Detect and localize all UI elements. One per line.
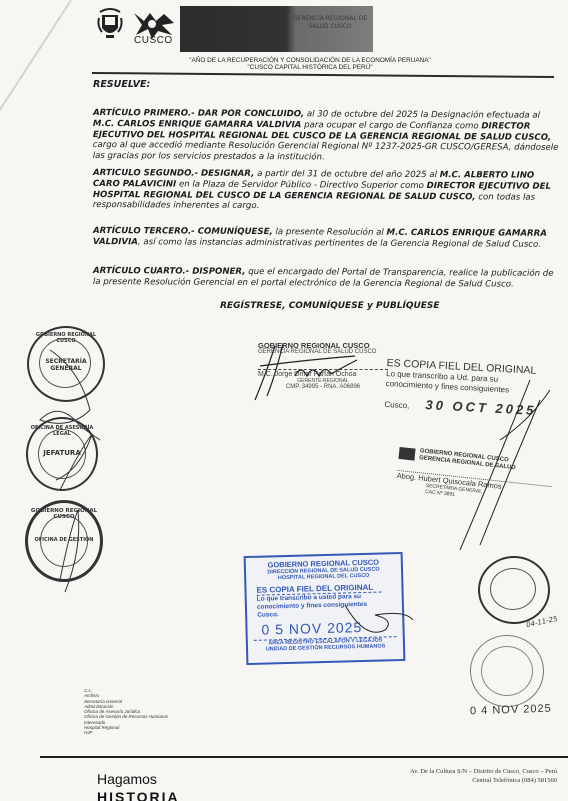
blue-stamp-signature <box>335 600 415 650</box>
initials-scribbles <box>20 330 130 600</box>
article-heading: ARTÍCULO PRIMERO.- DAR POR CONCLUIDO, <box>93 108 304 119</box>
gore-logo-icon <box>398 447 415 461</box>
redacted-header-text: GERENCIA REGIONAL DE SALUD CUSCO <box>290 15 370 31</box>
footer-divider <box>40 756 568 758</box>
article-3: ARTÍCULO TERCERO.- COMUNÍQUESE, la prese… <box>93 226 561 250</box>
article-heading: ARTÍCULO TERCERO.- COMUNÍQUESE, <box>93 226 273 237</box>
paper-crease <box>0 0 72 186</box>
article-heading: ARTICULO SEGUNDO.- DESIGNAR, <box>93 168 254 179</box>
resuelve-heading: RESUELVE: <box>93 79 150 90</box>
footer-address: Av. De la Cultura S/N – Distrito de Cusc… <box>342 767 557 785</box>
slogan-historia: HISTORIA <box>97 789 180 801</box>
article-2: ARTICULO SEGUNDO.- DESIGNAR, a partir de… <box>93 168 561 214</box>
closing-formula: REGÍSTRESE, COMUNÍQUESE y PUBLÍQUESE <box>220 301 440 311</box>
article-heading: ARTÍCULO CUARTO.- DISPONER, <box>93 266 246 277</box>
seal-hospital-control <box>470 635 544 707</box>
seal-hospital-regional <box>478 556 550 624</box>
motto-line-1: "AÑO DE LA RECUPERACIÓN Y CONSOLIDACIÓN … <box>100 57 520 64</box>
gerente-signature <box>245 336 395 406</box>
escudo-logo-icon <box>97 6 123 40</box>
received-date-stamp: 0 4 NOV 2025 <box>470 703 552 718</box>
article-4: ARTÍCULO CUARTO.- DISPONER, que el encar… <box>93 266 561 290</box>
slogan-hagamos: Hagamos <box>97 771 157 787</box>
cc-list: C.c.ArchivoSecretaría General Administra… <box>84 688 168 736</box>
cusco-logo-text: CUSCO <box>134 35 173 46</box>
motto-line-2: "CUSCO CAPITAL HISTÓRICA DEL PERÚ" <box>100 64 520 71</box>
article-1: ARTÍCULO PRIMERO.- DAR POR CONCLUIDO, al… <box>93 108 561 165</box>
header-divider <box>92 72 554 78</box>
